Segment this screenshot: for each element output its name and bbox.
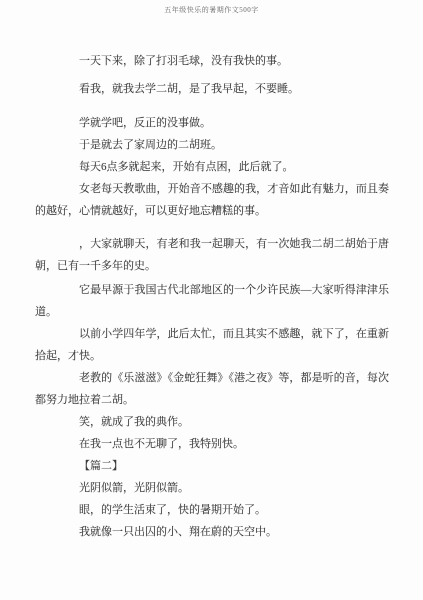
paragraph: 女老每天教歌曲，开始音不感趣的我，才音如此有魅力，而且奏的越好，心情就越好，可以… [35,178,389,222]
paragraph: 笑，就成了我的典作。 [35,411,389,433]
paragraph: 老教的《乐滋滋》《金蛇狂舞》《港之夜》等，都是听的音，每次都努力地拉着二胡。 [35,367,389,411]
section-marker: 【篇二】 [35,455,389,477]
paragraph: 每天6点多就起来，开始有点困，此后就了。 [35,156,389,178]
paragraph: 它最早源于我国古代北部地区的一个少许民族—大家听得津津乐道。 [35,279,389,323]
paragraph: 于是就去了家周边的二胡班。 [35,134,389,156]
paragraph: ，大家就聊天，有老和我一起聊天，有一次她我二胡二胡始于唐朝，已有一千多年的史。 [35,233,389,277]
paragraph: 光阴似箭，光阴似箭。 [35,477,389,499]
document-body: 一天下来，除了打羽毛球，没有我快的事。 看我，就我去学二胡，是了我早起，不要睡。… [0,50,423,543]
paragraph: 以前小学四年学，此后太忙，而且其实不感趣，就下了，在重新拾起，才快。 [35,323,389,367]
paragraph: 我就像一只出囚的小、翔在蔚的天空中。 [35,521,389,543]
paragraph: 看我，就我去学二胡，是了我早起，不要睡。 [35,78,389,100]
paragraph: 眼，的学生活束了，快的暑期开始了。 [35,499,389,521]
paragraph: 学就学吧，反正的没事做。 [35,112,389,134]
page-header-title: 五年级快乐的暑期作文500字 [0,0,423,15]
paragraph: 在我一点也不无聊了，我特别快。 [35,433,389,455]
paragraph: 一天下来，除了打羽毛球，没有我快的事。 [35,50,389,72]
document-page: 五年级快乐的暑期作文500字 一天下来，除了打羽毛球，没有我快的事。 看我，就我… [0,0,423,600]
